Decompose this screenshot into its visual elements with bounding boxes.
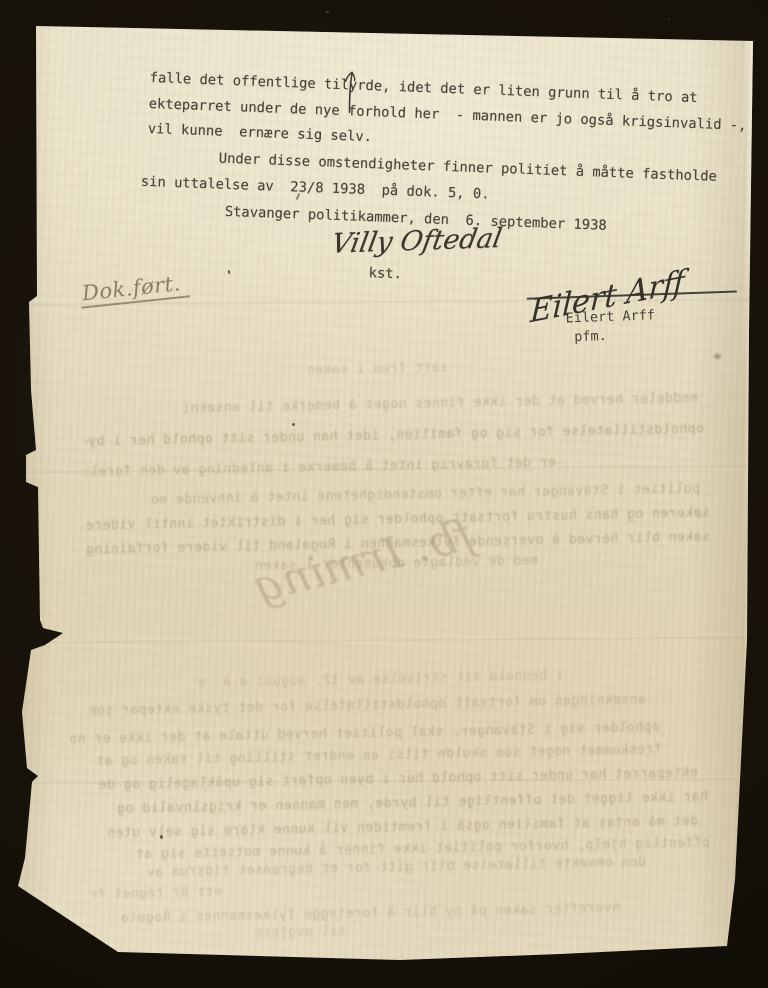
signature1-title: kst. bbox=[368, 265, 402, 282]
bleedthrough-line: har ikke ligget det offentlige til byrde… bbox=[72, 789, 708, 818]
document-page: satt frem i saken den meddeler herved at… bbox=[0, 0, 768, 988]
bleedthrough-line: i henhold til skrivelse av 12. august d.… bbox=[196, 668, 564, 692]
bleedthrough-signature: fb. Irming bbox=[223, 509, 491, 671]
signature-handwritten-oftedal: Villy Oftedal bbox=[329, 223, 504, 260]
bleedthrough-line: er det forøvrig intet å bemerke i anledn… bbox=[86, 455, 556, 481]
scan-background: satt frem i saken den meddeler herved at… bbox=[0, 0, 768, 988]
bleedthrough-line: til avgjørelse bbox=[256, 924, 346, 942]
letter-line: vil kunne ernære sig selv. bbox=[148, 121, 373, 145]
paper-speck bbox=[292, 423, 295, 426]
bleedthrough-line: satt frem i saken den bbox=[298, 360, 448, 379]
bleedthrough-line: ett år regnet fra bbox=[92, 885, 222, 904]
bleedthrough-line: politiet i Stavanger har efter omstendig… bbox=[148, 481, 700, 509]
dust-speck bbox=[326, 11, 329, 13]
bleedthrough-line: ansøkningen om fortsatt opholdstillatels… bbox=[90, 692, 646, 720]
bleedthrough-line: ekteparret har under sitt ophold her i b… bbox=[70, 765, 698, 794]
signature-block-arff: Eilert Arff pfm. Eilert Arff bbox=[526, 280, 745, 377]
dust-speck bbox=[668, 18, 670, 20]
paper-stain bbox=[714, 354, 721, 359]
bleedthrough-line: fremkommet noget som skulde tilsi en end… bbox=[96, 742, 662, 770]
bleedthrough-line: opholdstillatelse for sig og familien, i… bbox=[86, 422, 704, 451]
bleedthrough-line: meddeler herved at der ikke finnes noget… bbox=[183, 391, 698, 418]
paper-speck bbox=[160, 835, 163, 839]
letter-line: sin uttalelse av 23/8 1938 på dok. 5, 0. bbox=[141, 174, 490, 203]
bleedthrough-line: hvorefter saken på ny blir å forelegge f… bbox=[120, 901, 620, 927]
signature2-title: pfm. bbox=[574, 328, 607, 345]
